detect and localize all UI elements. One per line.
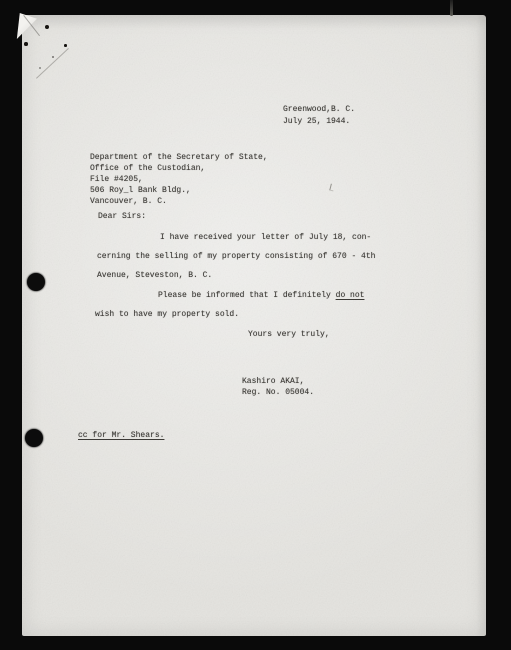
body-paragraph-1-line: cerning the selling of my property consi… bbox=[97, 252, 375, 262]
ink-speck bbox=[52, 56, 54, 58]
dateline-place: Greenwood,B. C. bbox=[283, 105, 355, 115]
signature-name: Kashiro AKAI, bbox=[242, 377, 304, 387]
hole-punch-bottom bbox=[25, 429, 43, 447]
body-paragraph-1-line: Avenue, Steveston, B. C. bbox=[97, 271, 212, 281]
body-paragraph-2-line: Please be informed that I definitely do … bbox=[158, 291, 364, 301]
recipient-line: 506 Roy_l Bank Bldg., bbox=[90, 186, 191, 196]
salutation: Dear Sirs: bbox=[98, 212, 146, 222]
recipient-line: Office of the Custodian, bbox=[90, 164, 205, 174]
closing: Yours very truly, bbox=[248, 330, 330, 340]
hole-punch-top bbox=[27, 273, 45, 291]
cc-line: cc for Mr. Shears. bbox=[78, 431, 164, 441]
top-edge-mark bbox=[450, 0, 453, 16]
ink-speck bbox=[45, 25, 49, 29]
pencil-mark bbox=[329, 184, 335, 192]
paper-grain-texture bbox=[22, 15, 486, 636]
body-text: Please be informed that I definitely bbox=[158, 291, 336, 300]
scratch-mark bbox=[36, 48, 69, 79]
recipient-line: Department of the Secretary of State, bbox=[90, 153, 268, 163]
ink-speck bbox=[39, 67, 41, 69]
underlined-emphasis: do not bbox=[336, 291, 365, 300]
ink-speck bbox=[64, 44, 67, 47]
body-paragraph-2-line: wish to have my property sold. bbox=[95, 310, 239, 320]
letter-paper: Greenwood,B. C. July 25, 1944. Departmen… bbox=[22, 15, 486, 636]
corner-fold bbox=[16, 13, 37, 39]
recipient-line: Vancouver, B. C. bbox=[90, 197, 167, 207]
dateline-date: July 25, 1944. bbox=[283, 117, 350, 127]
recipient-line: File #4205, bbox=[90, 175, 143, 185]
ink-speck bbox=[24, 42, 28, 46]
signature-reg-no: Reg. No. 05004. bbox=[242, 388, 314, 398]
body-paragraph-1-line: I have received your letter of July 18, … bbox=[160, 233, 371, 243]
scan-background: Greenwood,B. C. July 25, 1944. Departmen… bbox=[0, 0, 511, 650]
